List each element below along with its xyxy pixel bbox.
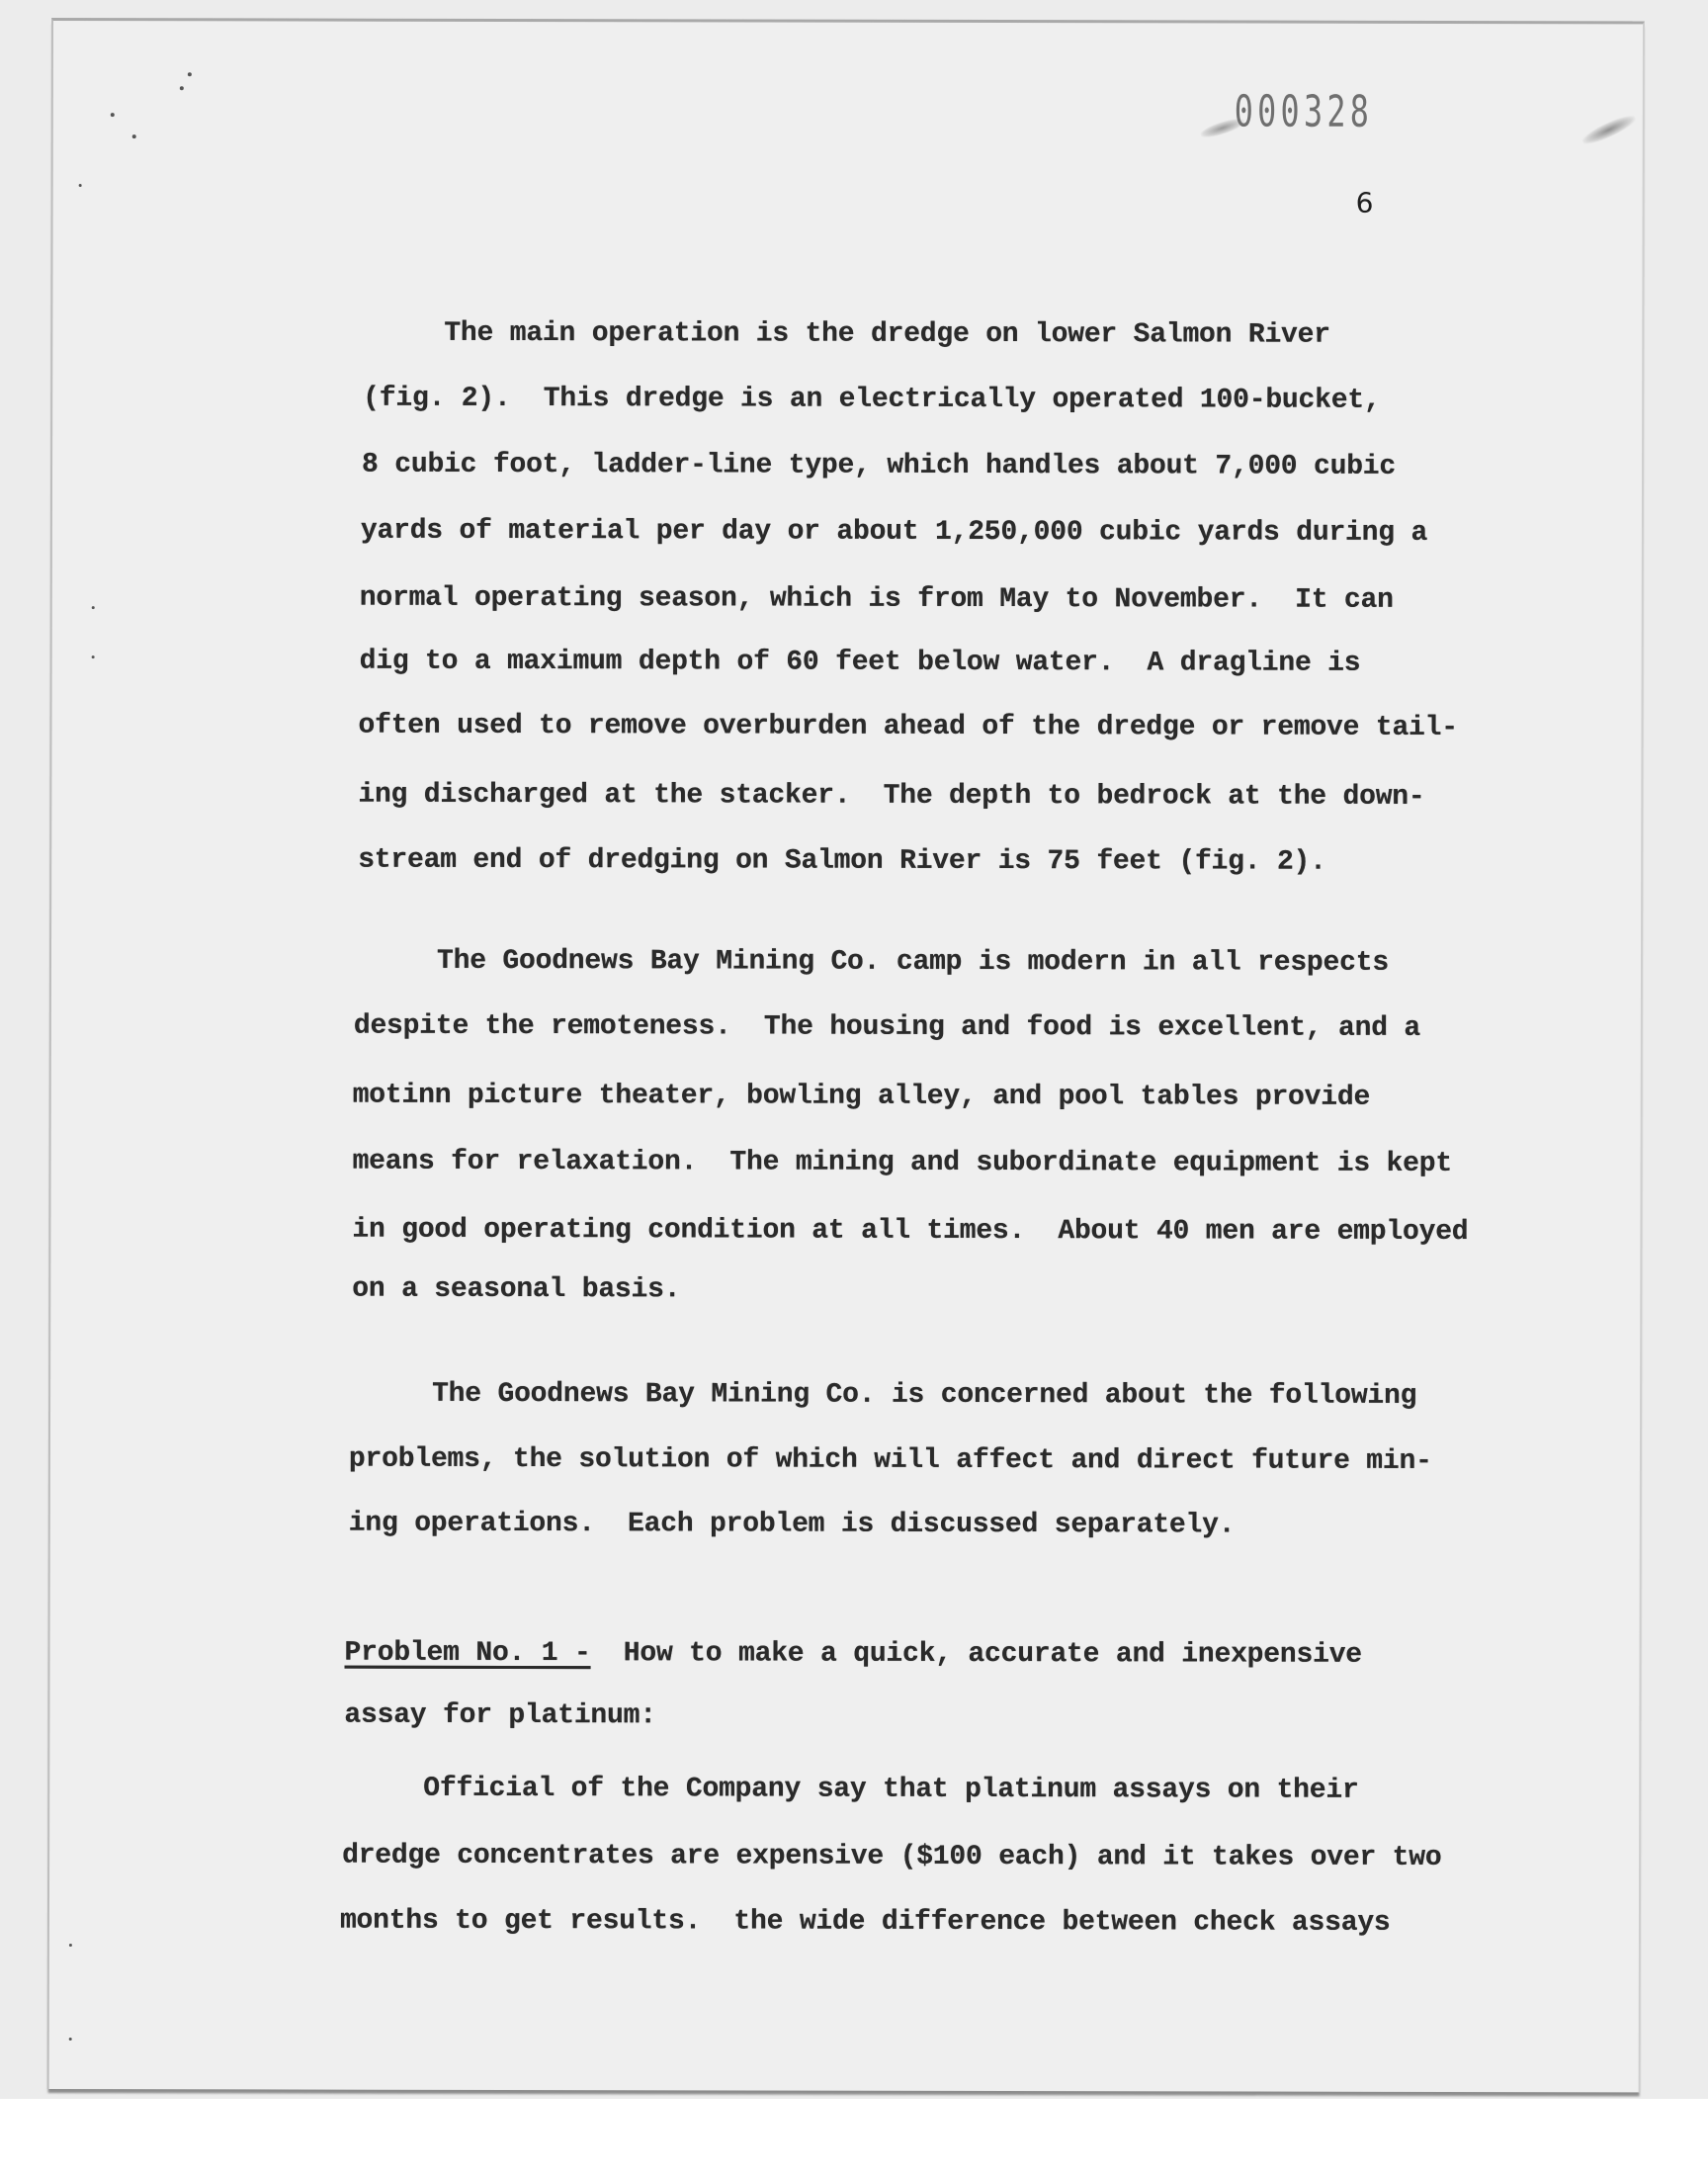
paragraph-1-line-4: yards of material per day or about 1,250… <box>361 518 1427 548</box>
paragraph-1-line-8: ing discharged at the stacker. The depth… <box>358 782 1424 812</box>
paragraph-1-line-3: 8 cubic foot, ladder-line type, which ha… <box>362 452 1396 481</box>
paragraph-2-line-2: despite the remoteness. The housing and … <box>354 1013 1420 1043</box>
speck <box>132 134 136 138</box>
edge-smudge <box>1580 112 1639 148</box>
problem-1-heading-line-1: Problem No. 1 - How to make a quick, acc… <box>345 1640 1362 1670</box>
paragraph-1-line-7: often used to remove overburden ahead of… <box>358 713 1457 742</box>
speck <box>188 72 192 76</box>
paragraph-1-line-5: normal operating season, which is from M… <box>360 585 1394 615</box>
speck <box>69 1944 72 1947</box>
speck <box>69 2038 72 2041</box>
paragraph-2-line-5: in good operating condition at all times… <box>352 1217 1468 1247</box>
speck <box>92 606 95 609</box>
problem-1-heading-line-2: assay for platinum: <box>344 1702 656 1731</box>
paragraph-1-line-6: dig to a maximum depth of 60 feet below … <box>360 649 1361 678</box>
speck <box>180 86 184 90</box>
paragraph-2-line-3: motinn picture theater, bowling alley, a… <box>353 1083 1370 1112</box>
page-number: 6 <box>1356 190 1374 217</box>
paragraph-1-line-2: (fig. 2). This dredge is an electrically… <box>363 386 1380 415</box>
scan-background: 000328 6 The main operation is the dredg… <box>0 0 1708 2099</box>
problem-1-body-line-3: months to get results. the wide differen… <box>340 1908 1391 1938</box>
problem-1-body-line-1: Official of the Company say that platinu… <box>423 1776 1358 1805</box>
problem-1-label: Problem No. 1 - <box>345 1638 591 1670</box>
paragraph-3-line-2: problems, the solution of which will aff… <box>349 1446 1432 1476</box>
speck <box>92 655 95 658</box>
speck <box>79 184 82 187</box>
paragraph-2-line-4: means for relaxation. The mining and sub… <box>353 1149 1452 1178</box>
document-stamp-number: 000328 <box>1235 91 1373 134</box>
paragraph-2-line-1: The Goodnews Bay Mining Co. camp is mode… <box>437 948 1389 978</box>
paragraph-1-line-1: The main operation is the dredge on lowe… <box>444 320 1330 350</box>
paragraph-2-line-6: on a seasonal basis. <box>352 1276 680 1305</box>
speck <box>111 113 115 117</box>
paragraph-3-line-1: The Goodnews Bay Mining Co. is concerned… <box>432 1381 1416 1411</box>
paragraph-3-line-3: ing operations. Each problem is discusse… <box>349 1511 1236 1540</box>
problem-1-body-line-2: dredge concentrates are expensive ($100 … <box>342 1843 1441 1872</box>
paragraph-1-line-9: stream end of dredging on Salmon River i… <box>358 847 1326 877</box>
document-page: 000328 6 The main operation is the dredg… <box>47 18 1645 2092</box>
problem-1-title: How to make a quick, accurate and inexpe… <box>591 1638 1362 1671</box>
